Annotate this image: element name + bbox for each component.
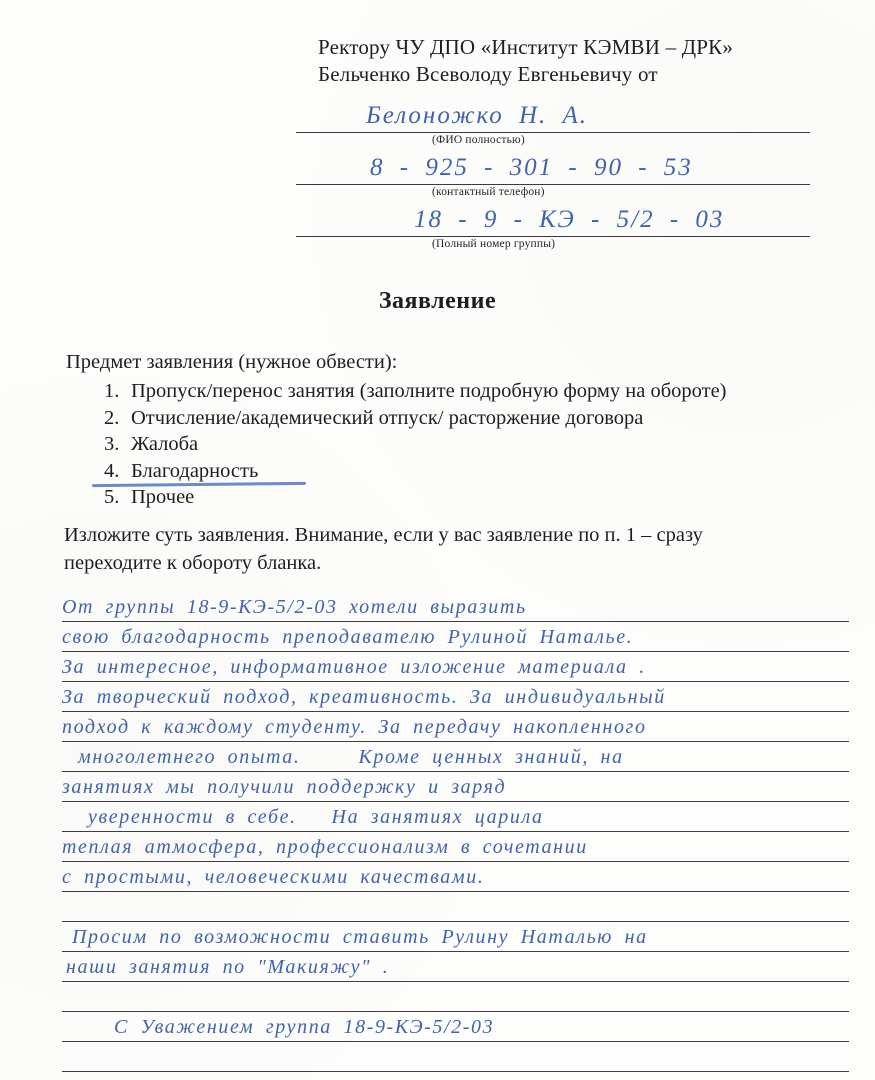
- subject-options: 1.Пропуск/перенос занятия (заполните под…: [66, 378, 727, 511]
- handwritten-text: занятиях мы получили поддержку и заряд: [62, 772, 506, 803]
- handwritten-text: многолетнего опыта. Кроме ценных знаний,…: [78, 742, 624, 773]
- handwritten-text: От группы 18-9-КЭ-5/2-03 хотели выразить: [62, 592, 527, 623]
- form-field: 18 - 9 - КЭ - 5/2 - 03 (Полный номер гру…: [296, 205, 810, 254]
- ruled-line-row: [62, 892, 849, 922]
- ruled-line-row: многолетнего опыта. Кроме ценных знаний,…: [62, 742, 849, 772]
- ruled-line-row: с простыми, человеческими качествами.: [62, 862, 849, 892]
- ruled-line-row: [62, 1042, 849, 1072]
- subject-option: 5.Прочее: [104, 484, 194, 511]
- handwritten-field-value: 8 - 925 - 301 - 90 - 53: [296, 153, 810, 185]
- handwritten-text: с простыми, человеческими качествами.: [62, 862, 484, 893]
- handwritten-text: уверенности в себе. На занятиях царила: [88, 802, 544, 833]
- handwritten-text: наши занятия по "Макияжу" .: [66, 952, 389, 983]
- subject-option: 4.Благодарность: [104, 458, 258, 485]
- ruled-line-row: подход к каждому студенту. За передачу н…: [62, 712, 849, 742]
- handwritten-field-value: 18 - 9 - КЭ - 5/2 - 03: [296, 205, 810, 237]
- ruled-line-row: наши занятия по "Макияжу" .: [62, 952, 849, 982]
- field-caption: (Полный номер группы): [296, 237, 810, 254]
- option-number: 2.: [104, 405, 131, 432]
- recipient-line-1: Ректору ЧУ ДПО «Институт КЭМВИ – ДРК»: [318, 34, 733, 61]
- option-label: Отчисление/академический отпуск/ расторж…: [131, 407, 643, 429]
- handwritten-text: подход к каждому студенту. За передачу н…: [62, 712, 647, 743]
- instructions-line-1: Изложите суть заявления. Внимание, если …: [64, 521, 703, 549]
- ruled-line-row: свою благодарность преподавателю Рулиной…: [62, 622, 849, 652]
- handwritten-text: свою благодарность преподавателю Рулиной…: [62, 622, 633, 653]
- handwritten-field-value: Белоножко Н. А.: [296, 101, 810, 133]
- handwritten-text: За интересное, информативное изложение м…: [62, 652, 646, 683]
- subject-option: 2.Отчисление/академический отпуск/ расто…: [104, 405, 643, 432]
- instructions-line-2: переходите к обороту бланка.: [64, 549, 703, 577]
- handwritten-text: За творческий подход, креативность. За и…: [62, 682, 666, 713]
- option-number: 4.: [104, 458, 131, 485]
- subject-prompt: Предмет заявления (нужное обвести):: [66, 349, 727, 376]
- form-field: 8 - 925 - 301 - 90 - 53 (контактный теле…: [296, 153, 810, 202]
- option-label: Пропуск/перенос занятия (заполните подро…: [131, 380, 727, 402]
- recipient-line-2: Бельченко Всеволоду Евгеньевичу от: [318, 61, 733, 88]
- ruled-line-row: [62, 982, 849, 1012]
- handwritten-text: С Уважением группа 18-9-КЭ-5/2-03: [114, 1012, 494, 1043]
- handwritten-text: Просим по возможности ставить Рулину Нат…: [72, 922, 648, 953]
- subject-option: 1.Пропуск/перенос занятия (заполните под…: [104, 378, 727, 405]
- option-label: Благодарность: [131, 460, 258, 482]
- ruled-line-row: За интересное, информативное изложение м…: [62, 652, 849, 682]
- option-number: 1.: [104, 378, 131, 405]
- ruled-line-row: уверенности в себе. На занятиях царила: [62, 802, 849, 832]
- field-caption: (ФИО полностью): [296, 133, 810, 150]
- instructions-block: Изложите суть заявления. Внимание, если …: [64, 521, 703, 577]
- field-caption: (контактный телефон): [296, 185, 810, 202]
- option-label: Прочее: [131, 486, 194, 508]
- subject-option: 3.Жалоба: [104, 431, 198, 458]
- ruled-line-row: С Уважением группа 18-9-КЭ-5/2-03: [62, 1012, 849, 1042]
- applicant-fields: Белоножко Н. А. (ФИО полностью) 8 - 925 …: [296, 101, 810, 254]
- subject-section: Предмет заявления (нужное обвести): 1.Пр…: [66, 349, 727, 511]
- statement-body: От группы 18-9-КЭ-5/2-03 хотели выразить…: [62, 592, 849, 1072]
- ruled-line-row: Просим по возможности ставить Рулину Нат…: [62, 922, 849, 952]
- form-field: Белоножко Н. А. (ФИО полностью): [296, 101, 810, 150]
- ruled-line-row: От группы 18-9-КЭ-5/2-03 хотели выразить: [62, 592, 849, 622]
- option-number: 3.: [104, 431, 131, 458]
- option-number: 5.: [104, 484, 131, 511]
- ruled-line-row: занятиях мы получили поддержку и заряд: [62, 772, 849, 802]
- option-label: Жалоба: [131, 433, 198, 455]
- scanned-application-form: Ректору ЧУ ДПО «Институт КЭМВИ – ДРК» Бе…: [0, 0, 875, 1080]
- document-title: Заявление: [0, 288, 875, 315]
- ruled-line-row: теплая атмосфера, профессионализм в соче…: [62, 832, 849, 862]
- recipient-block: Ректору ЧУ ДПО «Институт КЭМВИ – ДРК» Бе…: [318, 34, 733, 88]
- ruled-line-row: За творческий подход, креативность. За и…: [62, 682, 849, 712]
- handwritten-text: теплая атмосфера, профессионализм в соче…: [62, 832, 588, 863]
